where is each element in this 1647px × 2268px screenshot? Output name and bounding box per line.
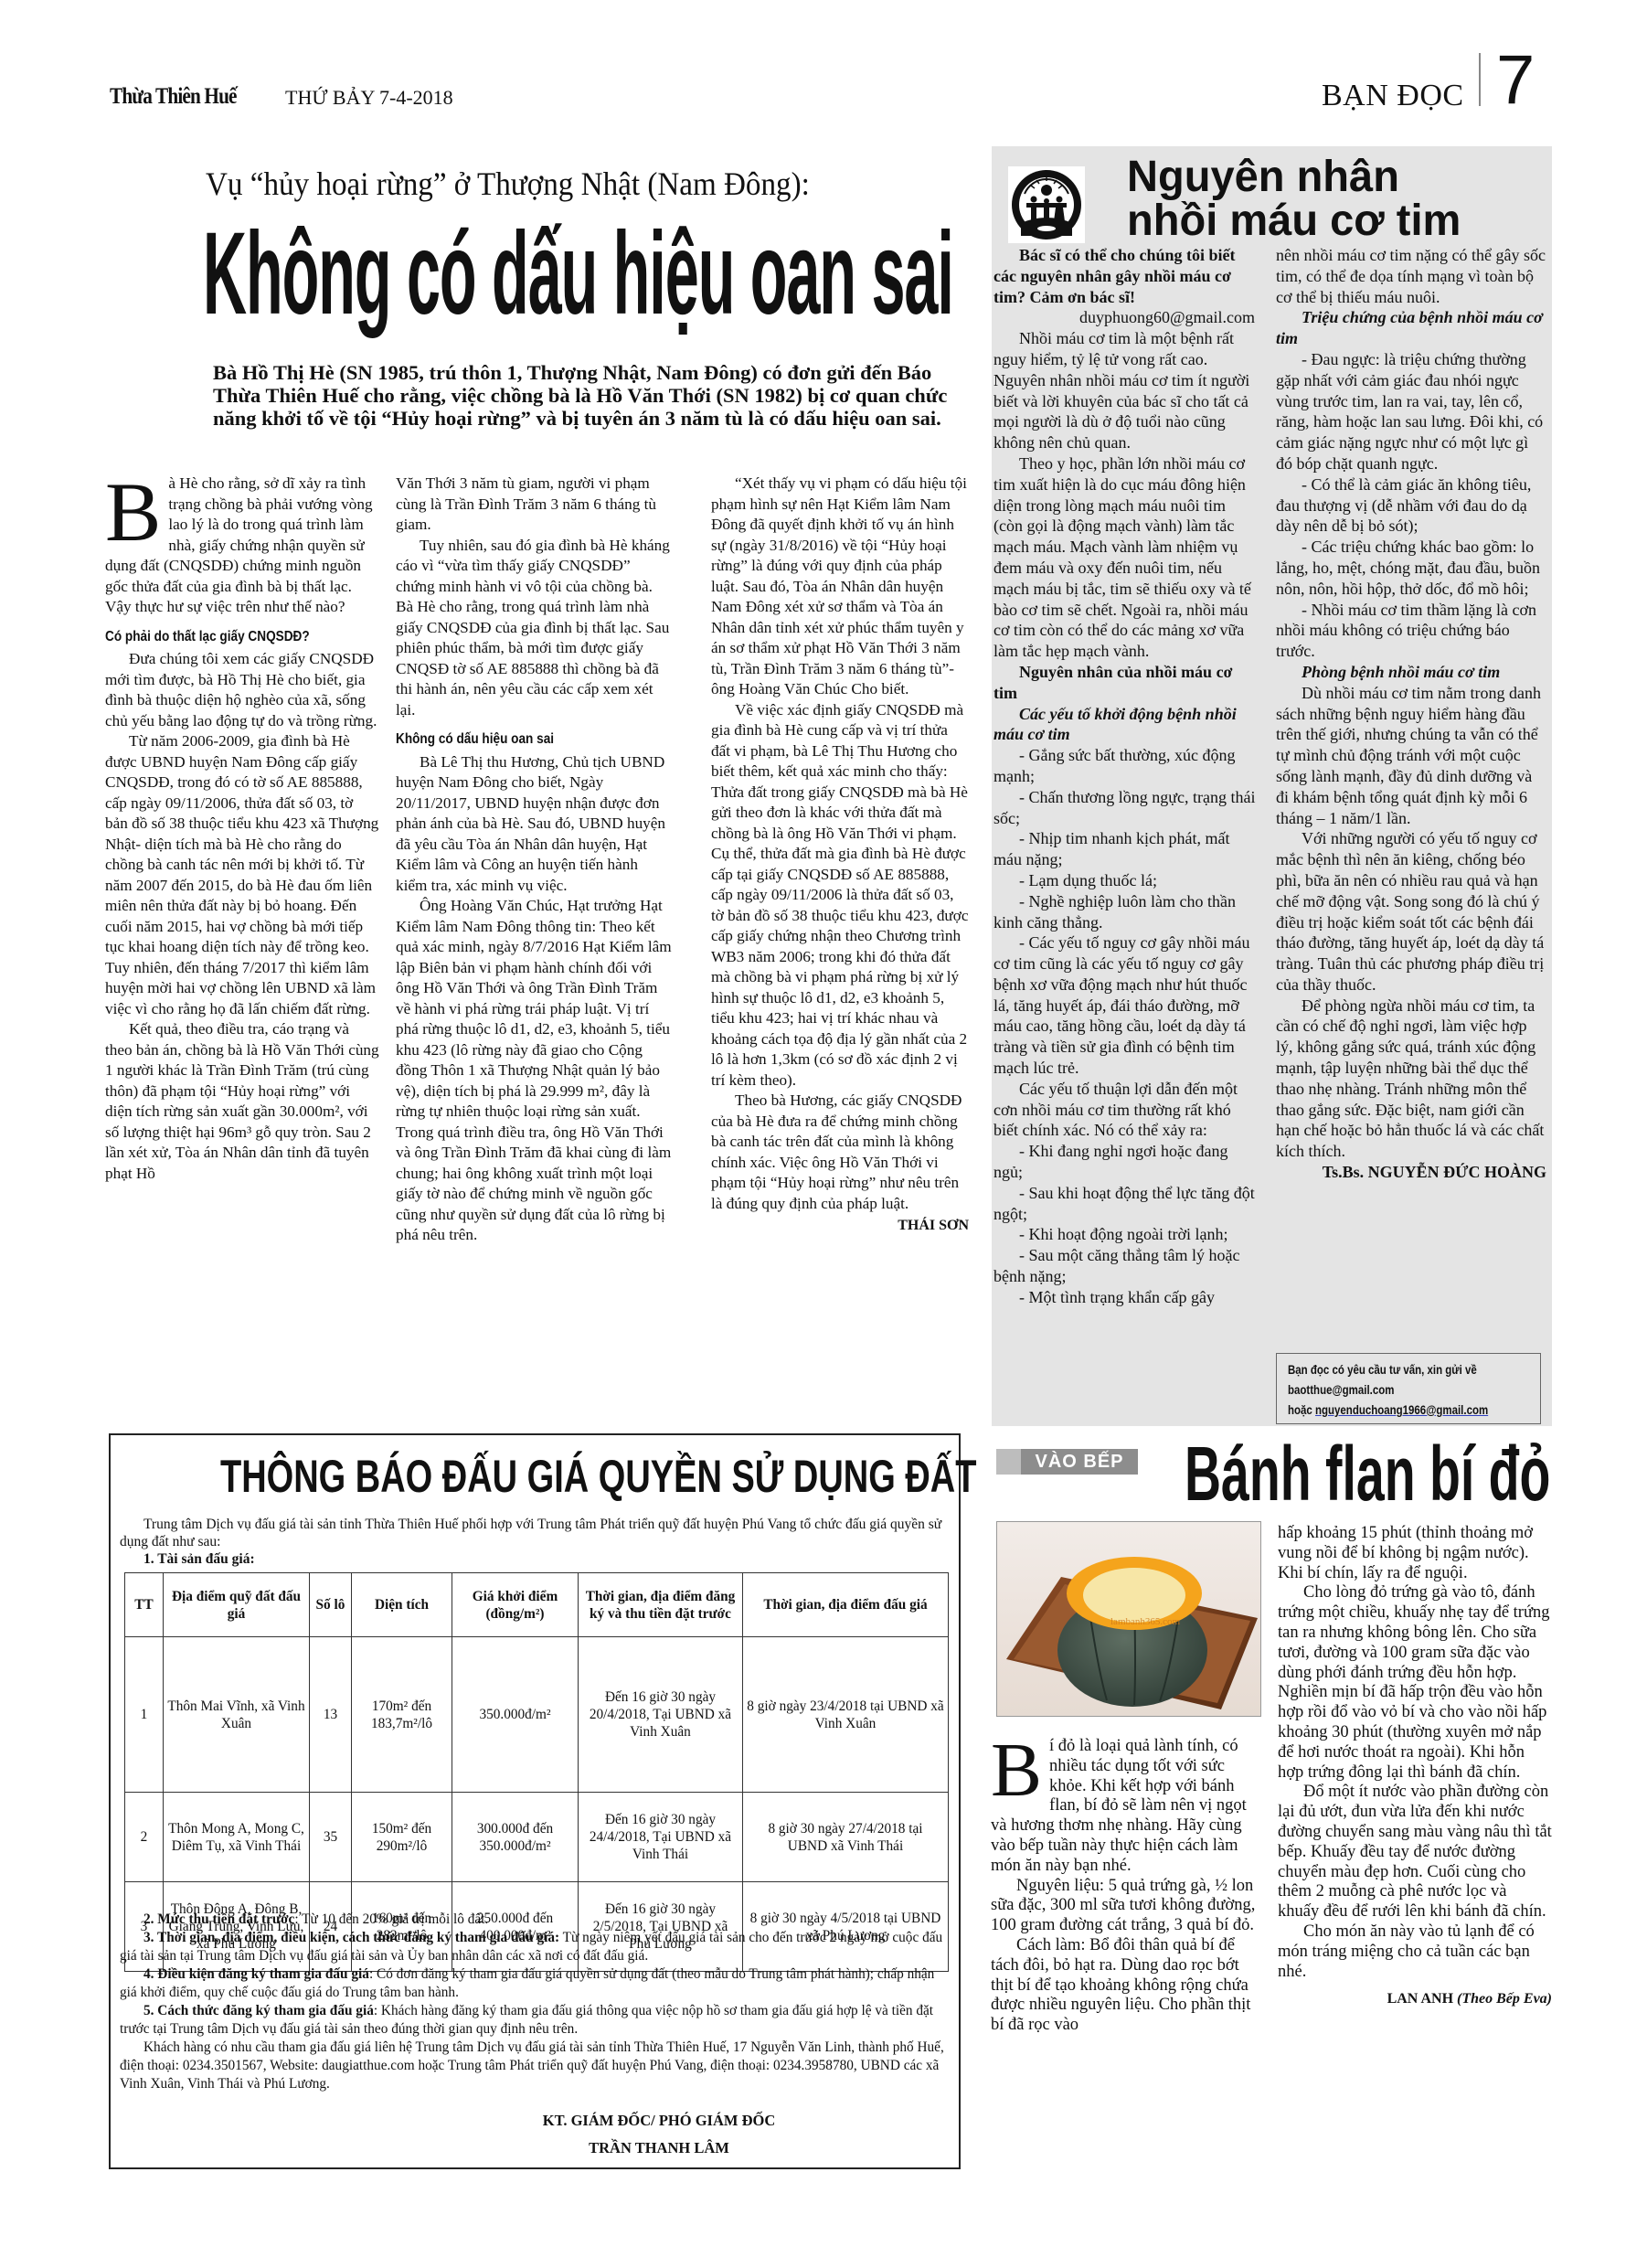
subheading: Triệu chứng của bệnh nhồi máu cơ tim [1276,307,1546,349]
list-item: - Nghề nghiệp luôn làm cho thần kinh căn… [994,891,1259,933]
contact-email-link[interactable]: baotthue@gmail.com [1288,1379,1485,1400]
contact-info-box: Bạn đọc có yêu cầu tư vấn, xin gửi về ba… [1276,1353,1541,1424]
paragraph: Ông Hoàng Văn Chúc, Hạt trưởng Hạt Kiểm … [396,896,672,1246]
article-column-1: Bà Hè cho rằng, sở dĩ xảy ra tình trạng … [105,474,379,1184]
list-item: - Nhồi máu cơ tim thầm lặng là cơn nhồi … [1276,600,1546,662]
author-signature: Ts.Bs. NGUYỄN ĐỨC HOÀNG [1276,1162,1546,1183]
paragraph: Theo y học, phần lớn nhồi máu cơ tim xuấ… [994,453,1259,662]
list-item: - Các triệu chứng khác bao gồm: lo lắng,… [1276,537,1546,599]
list-item: - Gắng sức bất thường, xúc động mạnh; [994,745,1259,787]
method-paragraph: Cách làm: Bổ đôi thân quả bí để tách đôi… [991,1936,1265,2036]
section-tag: VÀO BẾP [1021,1449,1138,1475]
list-item: - Nhịp tim nhanh kịch phát, mất máu nặng… [994,828,1259,870]
paragraph: Cho món ăn này vào tủ lạnh để có món trá… [1278,1922,1552,1982]
recipe-title: Bánh flan bí đỏ [1185,1435,1550,1512]
auction-signature: KT. GIÁM ĐỐC/ PHÓ GIÁM ĐỐC TRẦN THANH LÂ… [494,2107,823,2162]
paragraph: Văn Thới 3 năm tù giam, người vi phạm cù… [396,474,672,536]
paragraph: Từ năm 2006-2009, gia đình bà Hè được UB… [105,731,379,1019]
paragraph: hấp khoảng 15 phút (thỉnh thoảng mở vung… [1278,1524,1552,1583]
list-item: - Các yếu tố nguy cơ gây nhồi máu cơ tim… [994,932,1259,1079]
newspaper-logo: Thừa Thiên Huế [110,84,237,110]
list-item: - Khi đang nghỉ ngơi hoặc đang ngủ; [994,1141,1259,1183]
list-item: - Đau ngực: là triệu chứng thường gặp nh… [1276,349,1546,474]
subheading: Nguyên nhân của nhồi máu cơ tim [994,662,1259,704]
list-item: - Lạm dụng thuốc lá; [994,870,1259,891]
article-byline: THÁI SƠN [711,1216,969,1237]
contact-alt-line: hoặc nguyenduchoang1966@gmail.com [1288,1400,1485,1420]
table-row: 2Thôn Mong A, Mong C, Diêm Tụ, xã Vinh T… [125,1793,949,1882]
paragraph: Nhồi máu cơ tim là một bệnh rất nguy hiể… [994,328,1259,453]
paragraph: Bà Hè cho rằng, sở dĩ xảy ra tình trạng … [105,474,379,618]
paragraph: Theo bà Hương, các giấy CNQSDĐ của bà Hè… [711,1091,969,1214]
section-heading: 1. Tài sản đấu giá: [120,1550,951,1568]
paragraph: Bà Lê Thị thu Hương, Chủ tịch UBND huyện… [396,752,672,897]
list-item: - Sau khi hoạt động thể lực tăng đột ngộ… [994,1183,1259,1225]
paragraph: Dù nhồi máu cơ tim nằm trong danh sách n… [1276,683,1546,829]
article-headline: Không có dấu hiệu oan sai [203,210,953,339]
recipe-byline: LAN ANH (Theo Bếp Eva) [1278,1989,1552,2009]
paragraph: nên nhồi máu cơ tim nặng có thể gây sốc … [1276,245,1546,307]
article-column-2: Văn Thới 3 năm tù giam, người vi phạm cù… [396,474,672,1246]
contact-line: Bạn đọc có yêu cầu tư vấn, xin gửi về [1288,1359,1485,1379]
paragraph: Cho lòng đỏ trứng gà vào tô, đánh trứng … [1278,1583,1552,1783]
section-tag-accent [996,1449,1021,1475]
paragraph: Với những người có yếu tố nguy cơ mắc bệ… [1276,828,1546,995]
article-kicker: Vụ “hủy hoại rừng” ở Thượng Nhật (Nam Đô… [206,165,810,203]
subheading: Phòng bệnh nhồi máu cơ tim [1276,662,1546,683]
paragraph: Các yếu tố thuận lợi dẫn đến một cơn nhồ… [994,1079,1259,1141]
table-row: 1Thôn Mai Vĩnh, xã Vinh Xuân13170m² đến … [125,1637,949,1793]
subheading: Không có dấu hiệu oan sai [396,729,631,751]
page-number: 7 [1496,46,1535,115]
drop-cap: B [105,477,161,547]
recipe-column-2: hấp khoảng 15 phút (thỉnh thoảng mở vung… [1278,1524,1552,2009]
list-item: - Chấn thương lồng ngực, trạng thái sốc; [994,787,1259,829]
pumpkin-flan-photo: lambanh365.com [996,1521,1261,1717]
paragraph: Bí đỏ là loại quả lành tính, có nhiều tá… [991,1737,1265,1877]
health-column-2: nên nhồi máu cơ tim nặng có thể gây sốc … [1276,245,1546,1183]
ingredients-paragraph: Nguyên liệu: 5 quả trứng gà, ½ lon sữa đ… [991,1877,1265,1936]
paragraph: Về việc xác định giấy CNQSDĐ mà gia đình… [711,700,969,1091]
rule-item: 5. Cách thức đăng ký tham gia đấu giá: K… [120,2002,953,2039]
article-lead: Bà Hồ Thị Hè (SN 1985, trú thôn 1, Thượn… [213,361,962,430]
reader-question: Bác sĩ có thể cho chúng tôi biết các ngu… [994,245,1259,307]
list-item: - Khi hoạt động ngoài trời lạnh; [994,1224,1259,1245]
contact-paragraph: Khách hàng có nhu cầu tham gia đấu giá l… [120,2039,953,2093]
paragraph: Đổ một ít nước vào phần đường còn lại đủ… [1278,1783,1552,1922]
auction-rules: 2. Mức thu tiền đặt trước: Từ 10 đến 20%… [120,1911,953,2093]
subheading: Các yếu tố khởi động bệnh nhồi máu cơ ti… [994,704,1259,746]
health-title: Nguyên nhân nhồi máu cơ tim [1127,155,1461,243]
paragraph: “Xét thấy vụ vi phạm có dấu hiệu tội phạ… [711,474,969,700]
issue-date: THỨ BẢY 7-4-2018 [285,86,453,110]
list-item: - Sau một căng thẳng tâm lý hoặc bệnh nặ… [994,1245,1259,1287]
paragraph: Tuy nhiên, sau đó gia đình bà Hè kháng c… [396,536,672,721]
rule-item: 2. Mức thu tiền đặt trước: Từ 10 đến 20%… [120,1911,953,1929]
table-header-row: TT Địa điểm quỹ đất đấu giá Số lô Diện t… [125,1573,949,1637]
health-column-1: Bác sĩ có thể cho chúng tôi biết các ngu… [994,245,1259,1308]
header-divider [1479,53,1481,106]
auction-intro: Trung tâm Dịch vụ đấu giá tài sản tỉnh T… [120,1516,951,1568]
rule-item: 3. Thời gian, địa điểm, điều kiện, cách … [120,1929,953,1965]
contact-email-link-2[interactable]: nguyenduchoang1966@gmail.com [1315,1402,1488,1417]
auction-title: THÔNG BÁO ĐẤU GIÁ QUYỀN SỬ DỤNG ĐẤT [220,1450,976,1503]
paragraph: Đưa chúng tôi xem các giấy CNQSDĐ mới tì… [105,649,379,731]
section-name: BẠN ĐỌC [1322,79,1464,113]
rule-item: 4. Điều kiện đăng ký tham gia đấu giá: C… [120,1965,953,2002]
paragraph: Kết quả, theo điều tra, cáo trạng và the… [105,1019,379,1184]
drop-cap: B [991,1739,1042,1803]
auction-notice: THÔNG BÁO ĐẤU GIÁ QUYỀN SỬ DỤNG ĐẤT Trun… [109,1433,961,2169]
article-column-3: “Xét thấy vụ vi phạm có dấu hiệu tội phạ… [711,474,969,1237]
list-item: - Có thể là cảm giác ăn không tiêu, đau … [1276,474,1546,537]
recipe-column-1: Bí đỏ là loại quả lành tính, có nhiều tá… [991,1737,1265,2036]
paragraph: Để phòng ngừa nhồi máu cơ tim, ta cần có… [1276,996,1546,1162]
reader-email: duyphuong60@gmail.com [994,307,1259,328]
subheading: Có phải do thất lạc giấy CNQSDĐ? [105,627,338,648]
svg-text:lambanh365.com: lambanh365.com [1110,1616,1181,1627]
health-logo-icon [1008,166,1085,243]
list-item: - Một tình trạng khẩn cấp gây [994,1287,1259,1308]
